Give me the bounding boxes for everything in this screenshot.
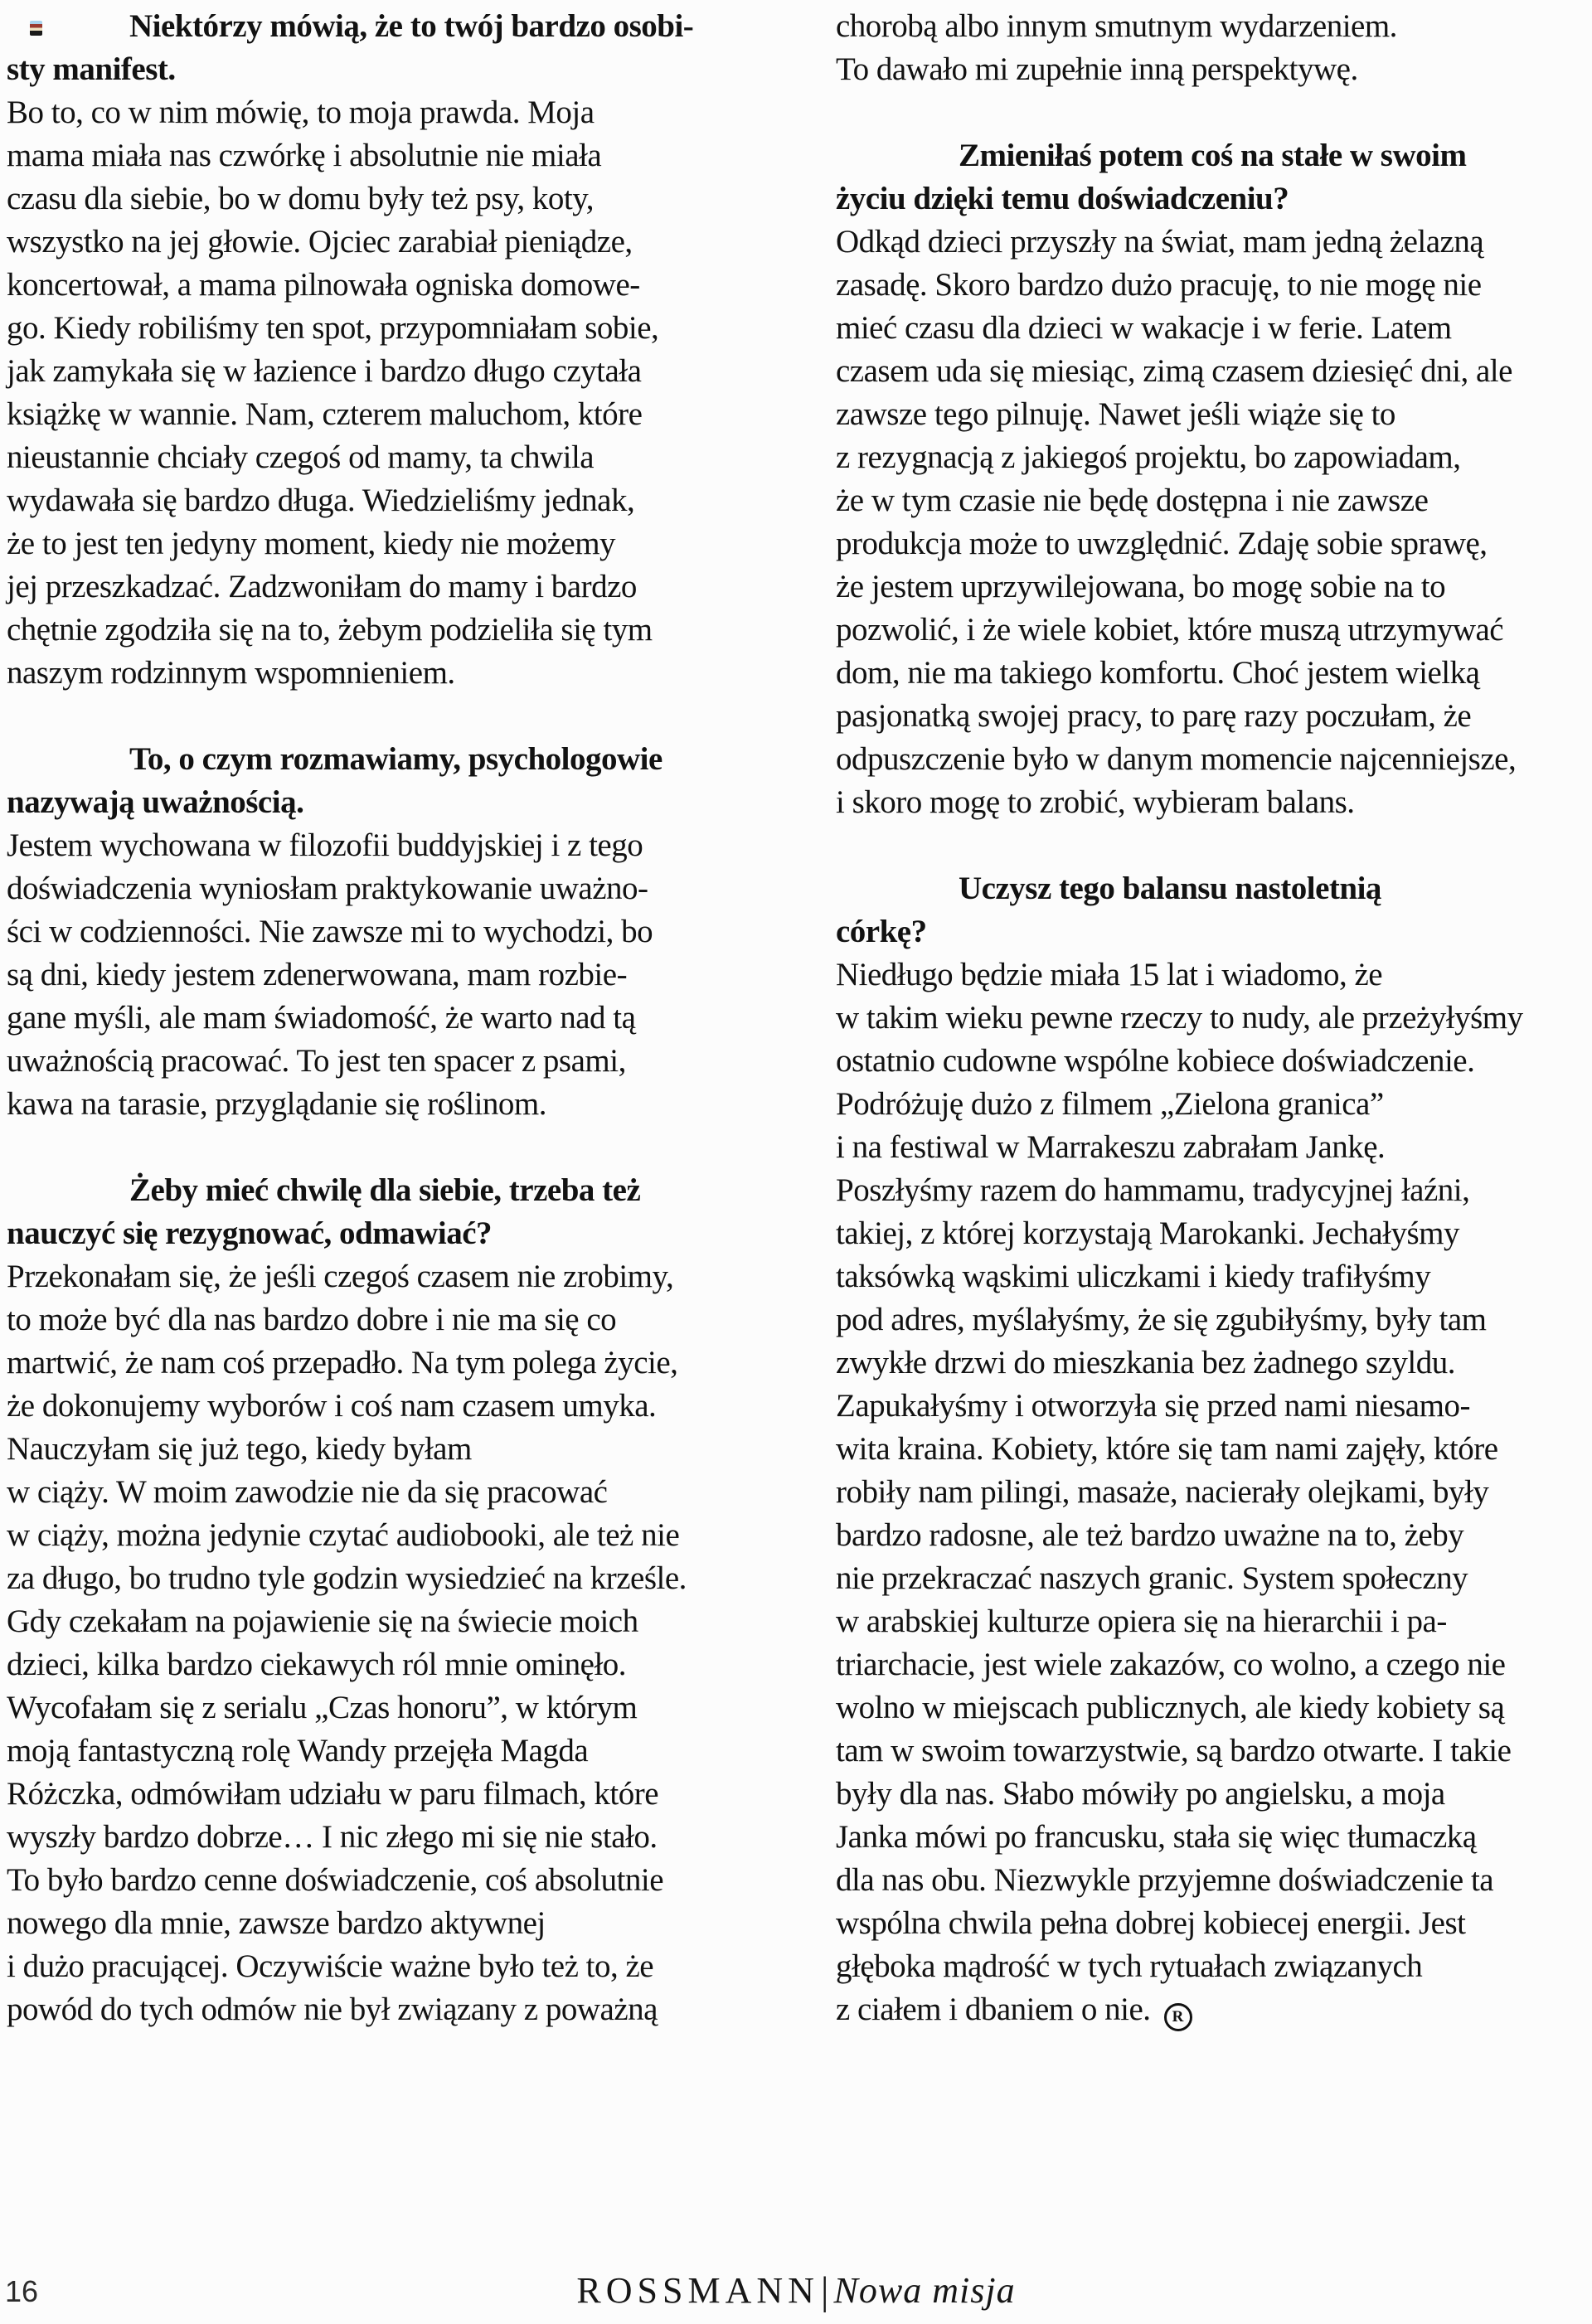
- footer-brand-name: ROSSMANN: [576, 2270, 819, 2311]
- footer: ROSSMANN|Nowa misja: [0, 2268, 1592, 2314]
- magazine-page: Niektórzy mówią, że to twój bardzo osobi…: [0, 0, 1592, 2324]
- footer-divider: |: [819, 2269, 834, 2313]
- interview-question-1: Niektórzy mówią, że to twój bardzo osobi…: [7, 5, 786, 91]
- interview-answer-3: Przekonałam się, że jeśli czegoś czasem …: [7, 1255, 786, 2031]
- interview-question-3: Żeby mieć chwilę dla siebie, trzeba też …: [7, 1169, 786, 1255]
- interview-answer-1: Bo to, co w nim mówię, to moja prawda. M…: [7, 91, 786, 695]
- interview-answer-3-continued: chorobą albo innym smutnym wydarzeniem. …: [836, 5, 1592, 91]
- interview-question-4: Zmieniłaś potem coś na stałe w swoim życ…: [836, 134, 1592, 221]
- rossmann-end-mark-icon: R: [1164, 2003, 1192, 2031]
- interview-answer-4: Odkąd dzieci przyszły na świat, mam jedn…: [836, 221, 1592, 824]
- interview-answer-5-last-line: z ciałem i dbaniem o nie.R: [836, 1988, 1592, 2031]
- right-column: chorobą albo innym smutnym wydarzeniem. …: [836, 5, 1592, 2031]
- footer-publication-title: Nowa misja: [834, 2270, 1016, 2311]
- interview-question-2: To, o czym rozmawiamy, psychologowie naz…: [7, 738, 786, 824]
- interview-question-5: Uczysz tego balansu nastoletnią córkę?: [836, 867, 1592, 953]
- left-column: Niektórzy mówią, że to twój bardzo osobi…: [7, 5, 786, 2031]
- answer-text: z ciałem i dbaniem o nie.: [836, 1992, 1151, 2027]
- interview-answer-2: Jestem wychowana w filozofii buddyjskiej…: [7, 824, 786, 1126]
- interview-answer-5: Niedługo będzie miała 15 lat i wiadomo, …: [836, 953, 1592, 1988]
